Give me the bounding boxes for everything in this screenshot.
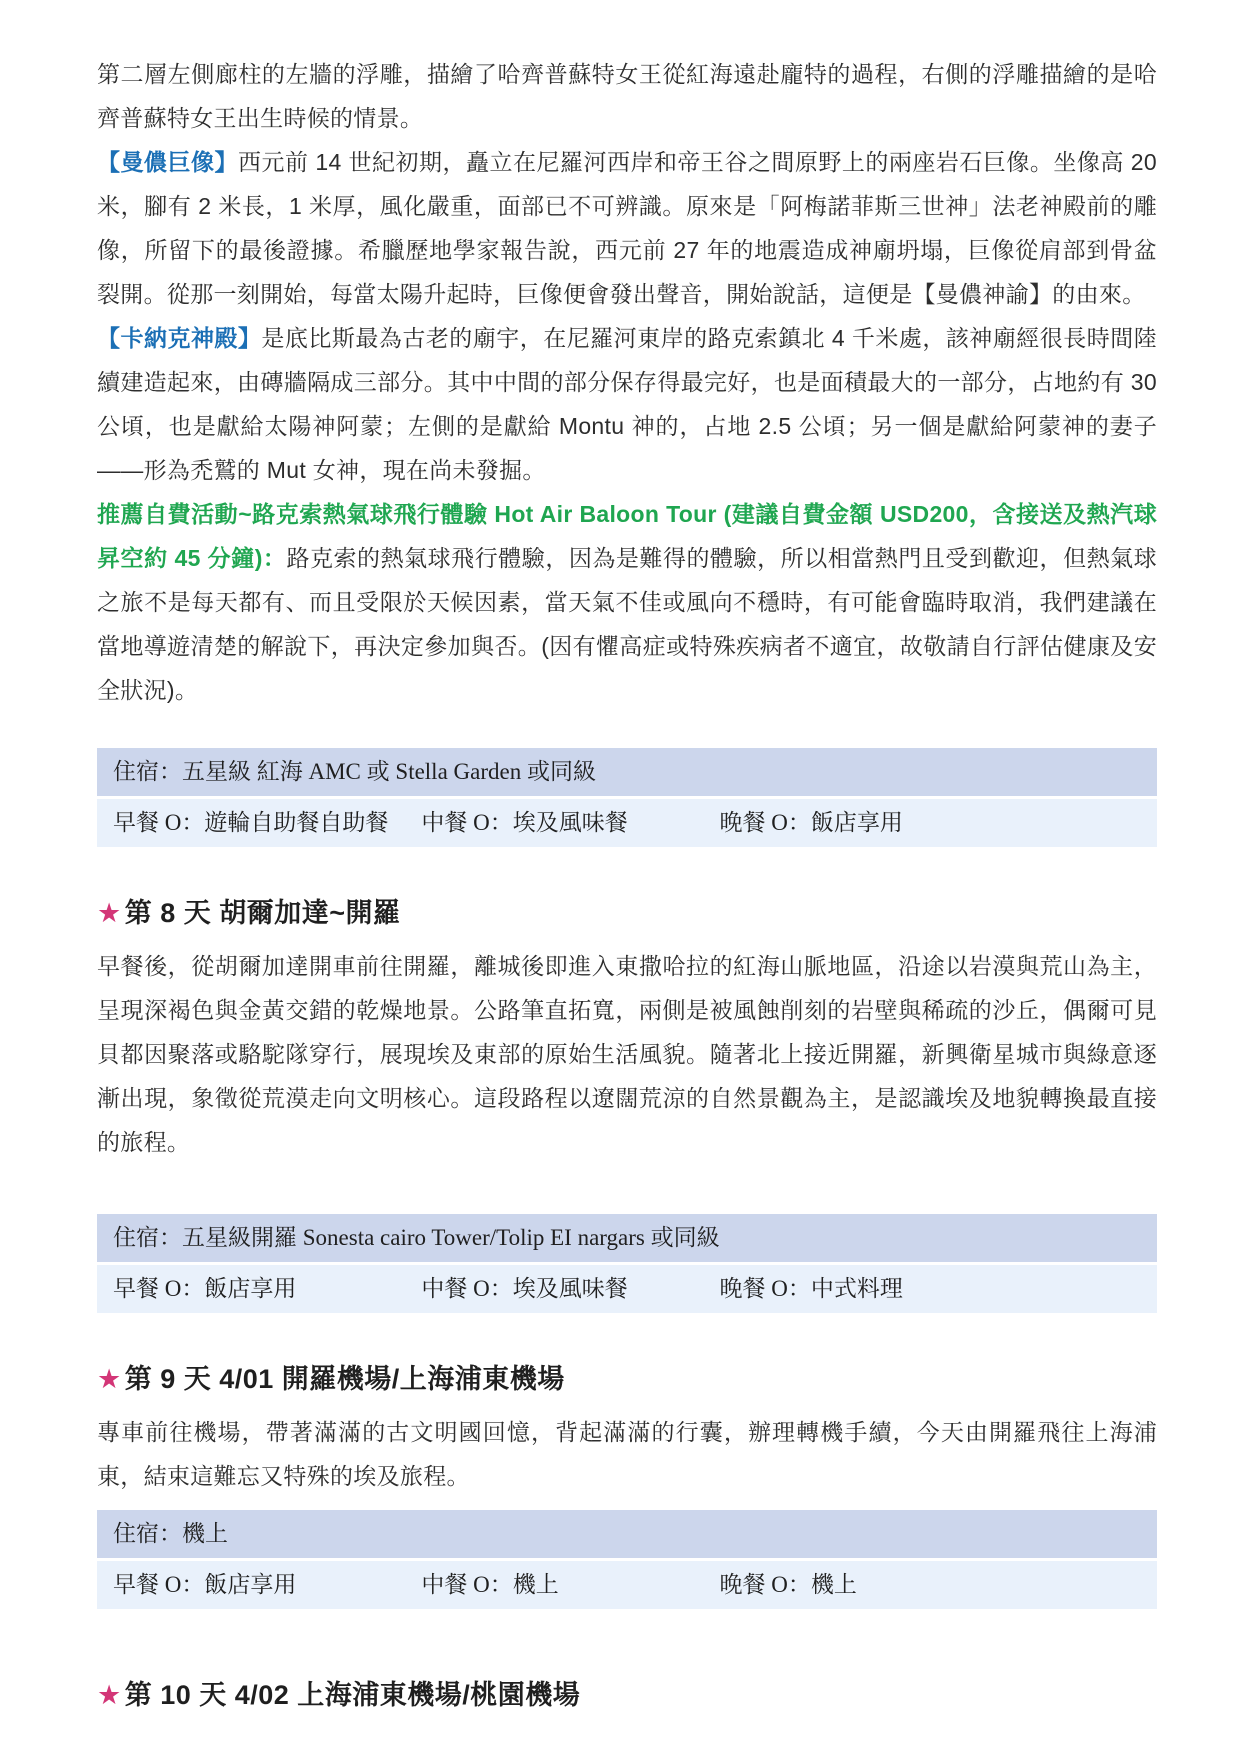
day-8-body-text: 早餐後，從胡爾加達開車前往開羅，離城後即進入東撒哈拉的紅海山脈地區，沿途以岩漠與… — [97, 953, 1157, 1155]
meal-cell-lunch: 中餐 O：埃及風味餐 — [421, 808, 719, 838]
star-icon: ★ — [97, 1364, 122, 1394]
meals-row: 早餐 O：遊輪自助餐自助餐 中餐 O：埃及風味餐 晚餐 O：飯店享用 — [97, 799, 1157, 847]
lodging-row: 住宿：五星級開羅 Sonesta cairo Tower/Tolip EI na… — [97, 1214, 1157, 1265]
star-icon: ★ — [97, 1680, 122, 1710]
day-9-heading: ★第 9 天 4/01 開羅機場/上海浦東機場 — [97, 1357, 1157, 1396]
meal-table-day8: 住宿：五星級開羅 Sonesta cairo Tower/Tolip EI na… — [97, 1214, 1157, 1313]
intro-text: 第二層左側廊柱的左牆的浮雕，描繪了哈齊普蘇特女王從紅海遠赴龐特的過程，右側的浮雕… — [97, 61, 1157, 131]
day-9-body-text: 專車前往機場，帶著滿滿的古文明國回憶，背起滿滿的行囊，辦理轉機手續，今天由開羅飛… — [97, 1419, 1157, 1489]
meal-cell-breakfast: 早餐 O：飯店享用 — [113, 1274, 421, 1304]
balloon-paragraph: 推薦自費活動~路克索熱氣球飛行體驗 Hot Air Baloon Tour (建… — [97, 492, 1157, 712]
memnon-text: 西元前 14 世紀初期，矗立在尼羅河西岸和帝王谷之間原野上的兩座岩石巨像。坐像高… — [97, 149, 1157, 307]
lodging-row: 住宿：五星級 紅海 AMC 或 Stella Garden 或同級 — [97, 748, 1157, 799]
intro-paragraph: 第二層左側廊柱的左牆的浮雕，描繪了哈齊普蘇特女王從紅海遠赴龐特的過程，右側的浮雕… — [97, 52, 1157, 140]
karnak-label: 【卡納克神殿】 — [97, 325, 261, 351]
meals-row: 早餐 O：飯店享用 中餐 O：埃及風味餐 晚餐 O：中式料理 — [97, 1265, 1157, 1313]
day-10-title: 第 10 天 4/02 上海浦東機場/桃園機場 — [125, 1680, 581, 1710]
day-8-heading: ★第 8 天 胡爾加達~開羅 — [97, 891, 1157, 930]
meal-cell-breakfast: 早餐 O：飯店享用 — [113, 1570, 421, 1600]
meal-cell-dinner: 晚餐 O：機上 — [720, 1570, 1141, 1600]
memnon-paragraph: 【曼儂巨像】西元前 14 世紀初期，矗立在尼羅河西岸和帝王谷之間原野上的兩座岩石… — [97, 140, 1157, 316]
meal-cell-dinner: 晚餐 O：中式料理 — [720, 1274, 1141, 1304]
meal-cell-lunch: 中餐 O：機上 — [421, 1570, 719, 1600]
meal-cell-lunch: 中餐 O：埃及風味餐 — [421, 1274, 719, 1304]
day-8-body: 早餐後，從胡爾加達開車前往開羅，離城後即進入東撒哈拉的紅海山脈地區，沿途以岩漠與… — [97, 944, 1157, 1164]
lodging-row: 住宿：機上 — [97, 1510, 1157, 1561]
day-8-title: 第 8 天 胡爾加達~開羅 — [125, 898, 401, 928]
day-9-body: 專車前往機場，帶著滿滿的古文明國回憶，背起滿滿的行囊，辦理轉機手續，今天由開羅飛… — [97, 1410, 1157, 1498]
document-page: 第二層左側廊柱的左牆的浮雕，描繪了哈齊普蘇特女王從紅海遠赴龐特的過程，右側的浮雕… — [0, 0, 1241, 1755]
day-9-title: 第 9 天 4/01 開羅機場/上海浦東機場 — [125, 1364, 565, 1394]
memnon-label: 【曼儂巨像】 — [97, 149, 238, 175]
star-icon: ★ — [97, 898, 122, 928]
meal-table-day9: 住宿：機上 早餐 O：飯店享用 中餐 O：機上 晚餐 O：機上 — [97, 1510, 1157, 1609]
karnak-paragraph: 【卡納克神殿】是底比斯最為古老的廟宇，在尼羅河東岸的路克索鎮北 4 千米處，該神… — [97, 316, 1157, 492]
meal-cell-breakfast: 早餐 O：遊輪自助餐自助餐 — [113, 808, 421, 838]
meal-cell-dinner: 晚餐 O：飯店享用 — [720, 808, 1141, 838]
meals-row: 早餐 O：飯店享用 中餐 O：機上 晚餐 O：機上 — [97, 1561, 1157, 1609]
day-10-heading: ★第 10 天 4/02 上海浦東機場/桃園機場 — [97, 1673, 1157, 1712]
meal-table-day7: 住宿：五星級 紅海 AMC 或 Stella Garden 或同級 早餐 O：遊… — [97, 748, 1157, 847]
